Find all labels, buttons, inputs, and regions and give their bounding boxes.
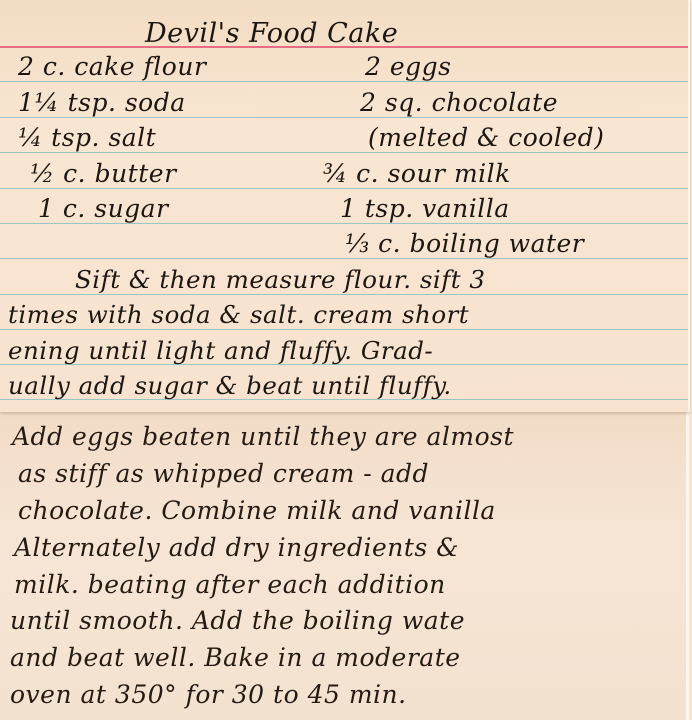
blue-rule xyxy=(0,152,688,153)
direction-line: Sift & then measure flour. sift 3 xyxy=(75,265,486,294)
recipe-card-front: Devil's Food Cake 2 c. cake flour 1¼ tsp… xyxy=(0,0,690,412)
blue-rule xyxy=(0,258,688,259)
recipe-card-back: Add eggs beaten until they are almost as… xyxy=(0,412,689,720)
blue-rule xyxy=(0,188,688,189)
direction-line: times with soda & salt. cream short xyxy=(8,300,469,329)
ingredient-left: ½ c. butter xyxy=(30,159,177,188)
ingredient-left: ¼ tsp. salt xyxy=(18,123,156,152)
direction-line: ually add sugar & beat until fluffy. xyxy=(8,371,452,400)
direction-line: milk. beating after each addition xyxy=(14,570,446,599)
direction-line: Add eggs beaten until they are almost xyxy=(12,422,514,451)
blue-rule xyxy=(0,81,688,82)
ingredient-left: 1 c. sugar xyxy=(38,194,169,223)
ingredient-right: 2 sq. chocolate xyxy=(360,88,558,117)
blue-rule xyxy=(0,117,688,118)
ingredient-right: ⅓ c. boiling water xyxy=(345,229,584,258)
ingredient-note: (melted & cooled) xyxy=(368,123,604,152)
ingredient-right: 2 eggs xyxy=(365,52,451,81)
direction-line: and beat well. Bake in a moderate xyxy=(10,643,461,672)
ingredient-right: 1 tsp. vanilla xyxy=(340,194,510,223)
recipe-card-scan: Devil's Food Cake 2 c. cake flour 1¼ tsp… xyxy=(0,0,692,720)
blue-rule xyxy=(0,294,688,295)
direction-line: ening until light and fluffy. Grad- xyxy=(8,336,433,365)
blue-rule xyxy=(0,329,688,330)
ingredient-left: 1¼ tsp. soda xyxy=(18,88,186,117)
ingredient-left: 2 c. cake flour xyxy=(18,52,206,81)
blue-rule xyxy=(0,223,688,224)
direction-line: oven at 350° for 30 to 45 min. xyxy=(10,680,407,709)
direction-line: as stiff as whipped cream - add xyxy=(18,459,429,488)
direction-line: Alternately add dry ingredients & xyxy=(14,533,459,562)
direction-line: until smooth. Add the boiling wate xyxy=(10,606,465,635)
ingredient-right: ¾ c. sour milk xyxy=(323,159,511,188)
direction-line: chocolate. Combine milk and vanilla xyxy=(18,496,496,525)
recipe-title: Devil's Food Cake xyxy=(145,18,398,49)
